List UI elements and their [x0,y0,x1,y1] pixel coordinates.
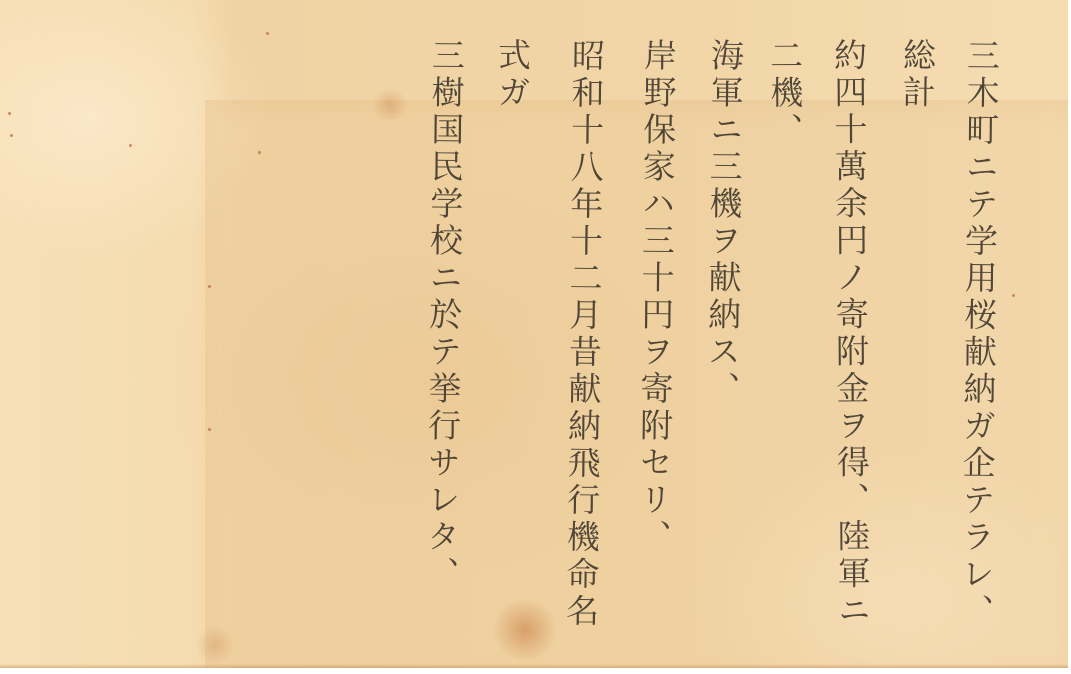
ink-speck [208,428,211,431]
ink-speck [258,151,261,154]
paper-sheet: 三木町ニテ学用桜献納ガ企テラレ、総計 約四十萬余円ノ寄附金ヲ得、陸軍ニ二機、 海… [0,0,1068,668]
foxing-stain [370,90,410,120]
ink-speck [129,144,132,147]
text-column-4: 岸野保家ハ三十円ヲ寄附セリ、 [617,38,693,639]
ink-speck [1012,294,1015,297]
ink-speck [10,134,13,137]
handwritten-text: 三木町ニテ学用桜献納ガ企テラレ、総計 約四十萬余円ノ寄附金ヲ得、陸軍ニ二機、 海… [414,38,1010,638]
text-column-2: 約四十萬余円ノ寄附金ヲ得、陸軍ニ二機、 [752,38,884,639]
text-column-1: 三木町ニテ学用桜献納ガ企テラレ、総計 [879,37,1013,638]
ink-speck [208,285,211,288]
text-column-5: 昭和十八年十二月昔献納飛行機命名式ガ [469,37,623,639]
ink-speck [266,32,269,35]
text-column-3: 海軍ニ三機ヲ献納ス、 [687,38,757,639]
foxing-stain [195,625,235,665]
text-column-6: 三樹国民学校ニ於テ挙行サレタ、 [411,38,475,639]
ink-speck [8,112,11,115]
paper-edge [0,664,1068,668]
